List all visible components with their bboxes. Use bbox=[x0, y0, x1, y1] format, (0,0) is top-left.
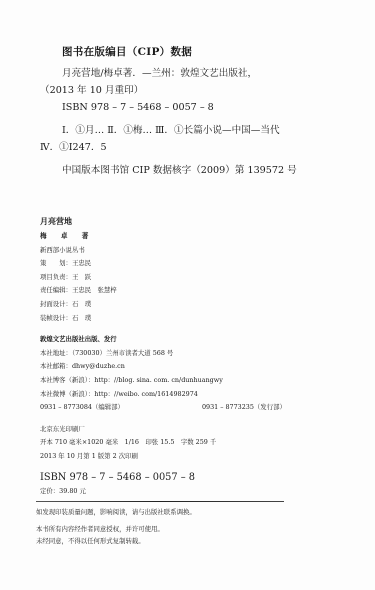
credit-row-cover-design: 封面设计：石 璞 bbox=[40, 298, 360, 312]
publisher-email: 本社邮箱：dhwy@duzhe.cn bbox=[40, 360, 360, 374]
cip-verification-number: 中国版本图书馆 CIP 数据核字（2009）第 139572 号 bbox=[40, 162, 360, 176]
cip-line-reprint: （2013 年 10 月重印） bbox=[40, 82, 360, 99]
credit-row-binding-design: 装帧设计：石 璞 bbox=[40, 312, 360, 326]
cip-line-isbn: ISBN 978 – 7 – 5468 – 0057 – 8 bbox=[40, 99, 360, 116]
credit-role: 封面设计： bbox=[40, 300, 72, 308]
credit-role: 项目负责： bbox=[40, 273, 72, 281]
publisher-weibo: 本社微博（新浪）：http：//weibo. com/1614982974 bbox=[40, 388, 360, 402]
cip-classification-1: Ⅰ．①月… Ⅱ．①梅… Ⅲ．①长篇小说—中国—当代 bbox=[40, 122, 360, 139]
divider-rule bbox=[36, 501, 284, 502]
footer-notices: 如发现印装质量问题，影响阅读，请与出版社联系调换。 本书所有内容经作者同意授权，… bbox=[36, 506, 356, 547]
isbn-number: ISBN 978 – 7 – 5468 – 0057 – 8 bbox=[40, 472, 360, 483]
publisher-line: 敦煌文艺出版社出版、发行 bbox=[40, 333, 360, 347]
credit-name: 王 跃 bbox=[72, 273, 91, 281]
printer-name: 北京东光印刷厂 bbox=[40, 423, 360, 437]
credit-role: 责任编辑： bbox=[40, 286, 72, 294]
credit-row-planning: 策 划：王忠民 bbox=[40, 257, 360, 271]
credit-name: 王忠民 bbox=[72, 259, 91, 267]
book-price: 定价：39.80 元 bbox=[40, 486, 360, 495]
printing-block: 北京东光印刷厂 开本 710 毫米×1020 毫米 1/16 印张 15.5 字… bbox=[40, 423, 360, 495]
book-credits: 月亮营地 梅 卓 著 新西部小说丛书 策 划：王忠民 项目负责：王 跃 责任编辑… bbox=[40, 216, 360, 495]
cip-line-title-publisher: 月亮营地/梅卓著．—兰州：敦煌文艺出版社， bbox=[40, 65, 360, 82]
publisher-address: 本社地址：（730030）兰州市读者大道 568 号 bbox=[40, 347, 360, 361]
publisher-blog: 本社博客（新浪）：http：//blog. sina. com. cn/dunh… bbox=[40, 374, 360, 388]
rights-notice-1: 本书所有内容经作者同意授权，并许可使用。 bbox=[36, 523, 356, 535]
credit-name: 王忠民 张慧梓 bbox=[72, 286, 117, 294]
phone-editorial: 0931 – 8773084（编辑部） bbox=[40, 401, 124, 415]
credit-role: 策 划： bbox=[40, 259, 72, 267]
publisher-phones: 0931 – 8773084（编辑部） 0931 – 8773235（发行部） bbox=[40, 401, 360, 415]
copyright-page: 图书在版编目（CIP）数据 月亮营地/梅卓著．—兰州：敦煌文艺出版社， （201… bbox=[0, 0, 375, 590]
credit-row-editor: 责任编辑：王忠民 张慧梓 bbox=[40, 284, 360, 298]
credit-role: 装帧设计： bbox=[40, 314, 72, 322]
credit-name: 石 璞 bbox=[72, 300, 91, 308]
book-series: 新西部小说丛书 bbox=[40, 244, 360, 258]
credit-name: 石 璞 bbox=[72, 314, 91, 322]
phone-distribution: 0931 – 8773235（发行部） bbox=[202, 401, 286, 415]
book-title: 月亮营地 bbox=[40, 216, 360, 227]
cip-data-block: 图书在版编目（CIP）数据 月亮营地/梅卓著．—兰州：敦煌文艺出版社， （201… bbox=[40, 44, 360, 176]
rights-notice-2: 未经同意，不得以任何形式复制转载。 bbox=[36, 535, 356, 547]
print-specs: 开本 710 毫米×1020 毫米 1/16 印张 15.5 字数 259 千 bbox=[40, 436, 360, 450]
publisher-block: 敦煌文艺出版社出版、发行 本社地址：（730030）兰州市读者大道 568 号 … bbox=[40, 333, 360, 415]
quality-notice: 如发现印装质量问题，影响阅读，请与出版社联系调换。 bbox=[36, 506, 356, 518]
credit-row-project-lead: 项目负责：王 跃 bbox=[40, 271, 360, 285]
print-edition: 2013 年 10 月第 1 版第 2 次印刷 bbox=[40, 450, 360, 464]
cip-title: 图书在版编目（CIP）数据 bbox=[40, 44, 360, 59]
cip-classification-2: Ⅳ．①I247．5 bbox=[40, 139, 360, 156]
book-author: 梅 卓 著 bbox=[40, 230, 360, 244]
